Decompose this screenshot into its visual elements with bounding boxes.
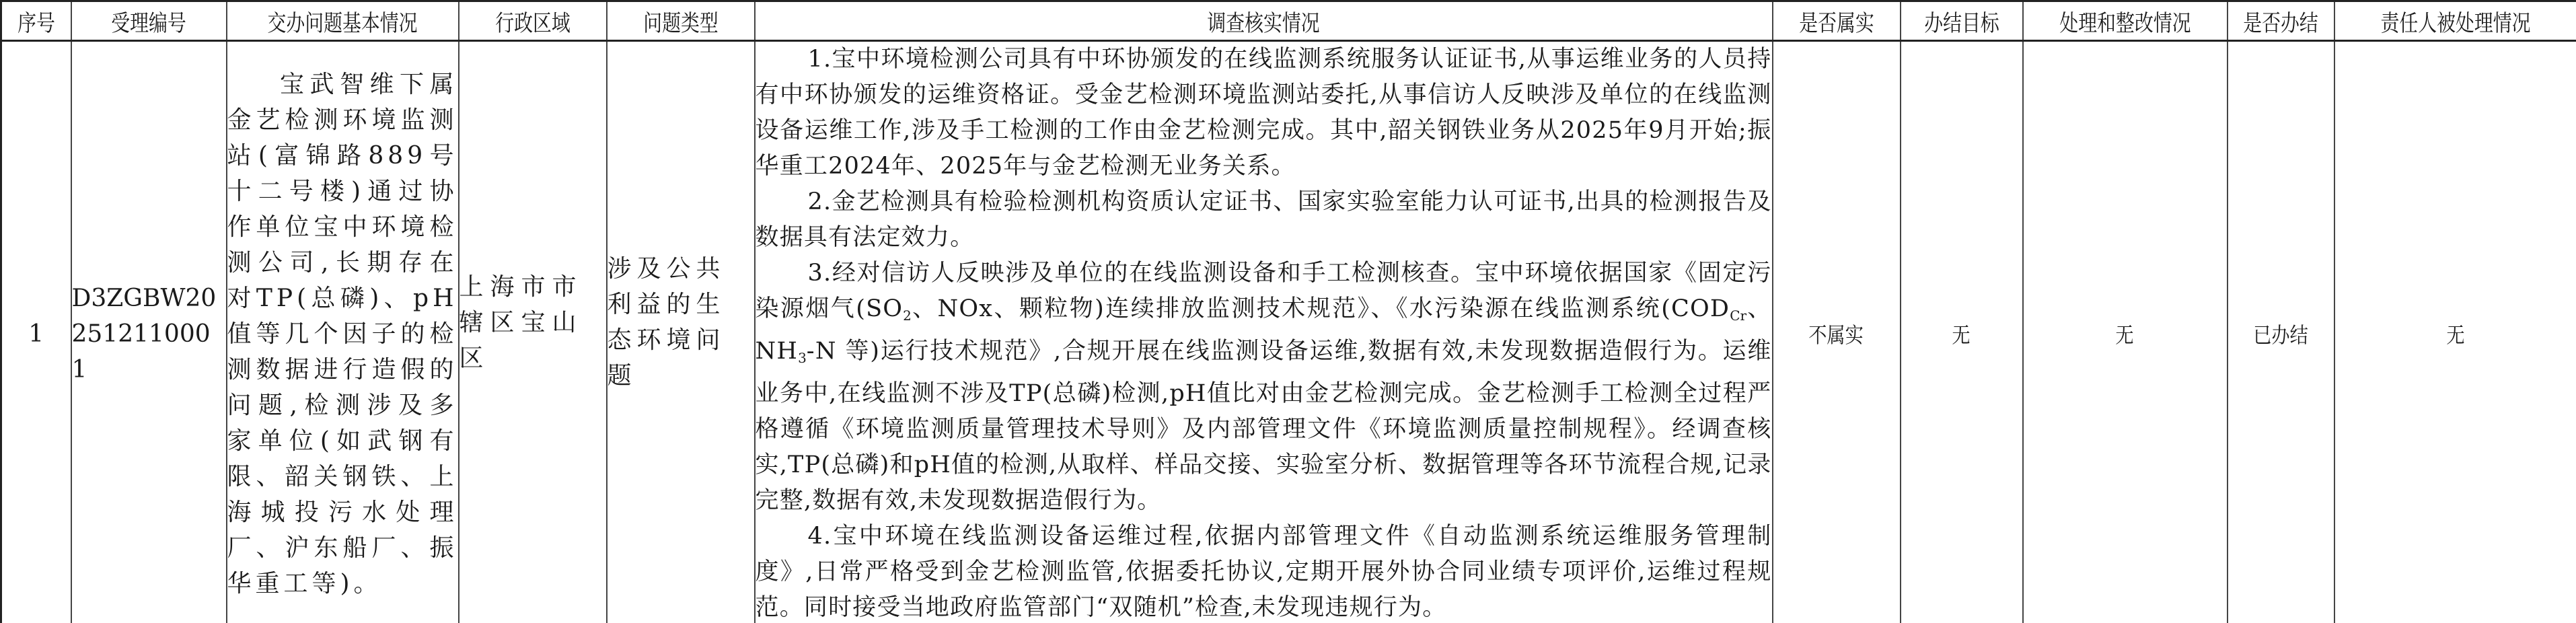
table-row: 1 D3ZGBW202512110001 宝武智维下属金艺检测环境监测站(富锦路… [1,41,2576,623]
accountability-value: 无 [2446,318,2464,349]
investigation-paragraph-1: 1.宝中环境检测公司具有中环协颁发的在线监测系统服务认证证书,从事运维业务的人员… [756,42,1772,184]
cell-is-closed: 已办结 [2228,41,2334,623]
header-label: 调查核实情况 [1207,5,1319,38]
cell-problem-type: 涉及公共利益的生态环境问题 [607,41,755,623]
header-label: 是否属实 [1799,5,1874,38]
header-label: 是否办结 [2243,5,2318,38]
header-problem-type: 问题类型 [607,1,755,41]
investigation-paragraph-4: 4.宝中环境在线监测设备运维过程,依据内部管理文件《自动监测系统运维服务管理制度… [756,519,1772,623]
case-table: 序号 受理编号 交办问题基本情况 行政区域 问题类型 调查核实情况 是否属实 办… [0,0,2576,623]
description-text: 宝武智维下属金艺检测环境监测站(富锦路889号十二号楼)通过协作单位宝中环境检测… [227,71,458,597]
cell-handling: 无 [2023,41,2228,623]
cell-accountability: 无 [2334,41,2576,623]
text-run: 、NOx、颗粒物)连续排放监测技术规范》、《水污染源在线监测系统(COD [912,295,1730,322]
header-handling: 处理和整改情况 [2023,1,2228,41]
subscript: 2 [903,307,912,324]
header-row: 序号 受理编号 交办问题基本情况 行政区域 问题类型 调查核实情况 是否属实 办… [1,1,2576,41]
subscript: 3 [798,350,807,366]
cell-is-true: 不属实 [1773,41,1901,623]
text-run: -N 等)运行技术规范》,合规开展在线监测设备运维,数据有效,未发现数据造假行为… [756,338,1772,514]
subscript: Cr [1730,307,1746,324]
is-true-value: 不属实 [1809,318,1864,349]
header-closing-target: 办结目标 [1901,1,2023,41]
header-label: 交办问题基本情况 [267,5,417,38]
investigation-paragraph-3: 3.经对信访人反映涉及单位的在线监测设备和手工检测核查。宝中环境依据国家《固定污… [756,256,1772,519]
header-accountability: 责任人被处理情况 [2334,1,2576,41]
cell-investigation: 1.宝中环境检测公司具有中环协颁发的在线监测系统服务认证证书,从事运维业务的人员… [755,41,1773,623]
header-region: 行政区域 [459,1,607,41]
closing-target-value: 无 [1952,318,1971,349]
region-text: 上海市市辖区宝山区 [459,269,606,376]
header-label: 处理和整改情况 [2059,5,2191,38]
header-is-true: 是否属实 [1773,1,1901,41]
cell-closing-target: 无 [1901,41,2023,623]
cell-region: 上海市市辖区宝山区 [459,41,607,623]
header-is-closed: 是否办结 [2228,1,2334,41]
header-label: 问题类型 [643,5,719,38]
cell-seq: 1 [1,41,71,623]
handling-value: 无 [2116,318,2134,349]
header-label: 责任人被处理情况 [2380,5,2530,38]
header-label: 序号 [17,5,55,38]
header-case-id: 受理编号 [71,1,227,41]
problem-type-text: 涉及公共利益的生态环境问题 [608,251,754,394]
header-label: 受理编号 [111,5,186,38]
investigation-paragraph-2: 2.金艺检测具有检验检测机构资质认定证书、国家实验室能力认可证书,出具的检测报告… [756,184,1772,256]
header-investigation: 调查核实情况 [755,1,1773,41]
is-closed-value: 已办结 [2253,318,2308,349]
header-label: 办结目标 [1924,5,1999,38]
cell-case-id: D3ZGBW202512110001 [71,41,227,623]
header-label: 行政区域 [495,5,571,38]
cell-description: 宝武智维下属金艺检测环境监测站(富锦路889号十二号楼)通过协作单位宝中环境检测… [227,41,459,623]
header-description: 交办问题基本情况 [227,1,459,41]
header-seq: 序号 [1,1,71,41]
